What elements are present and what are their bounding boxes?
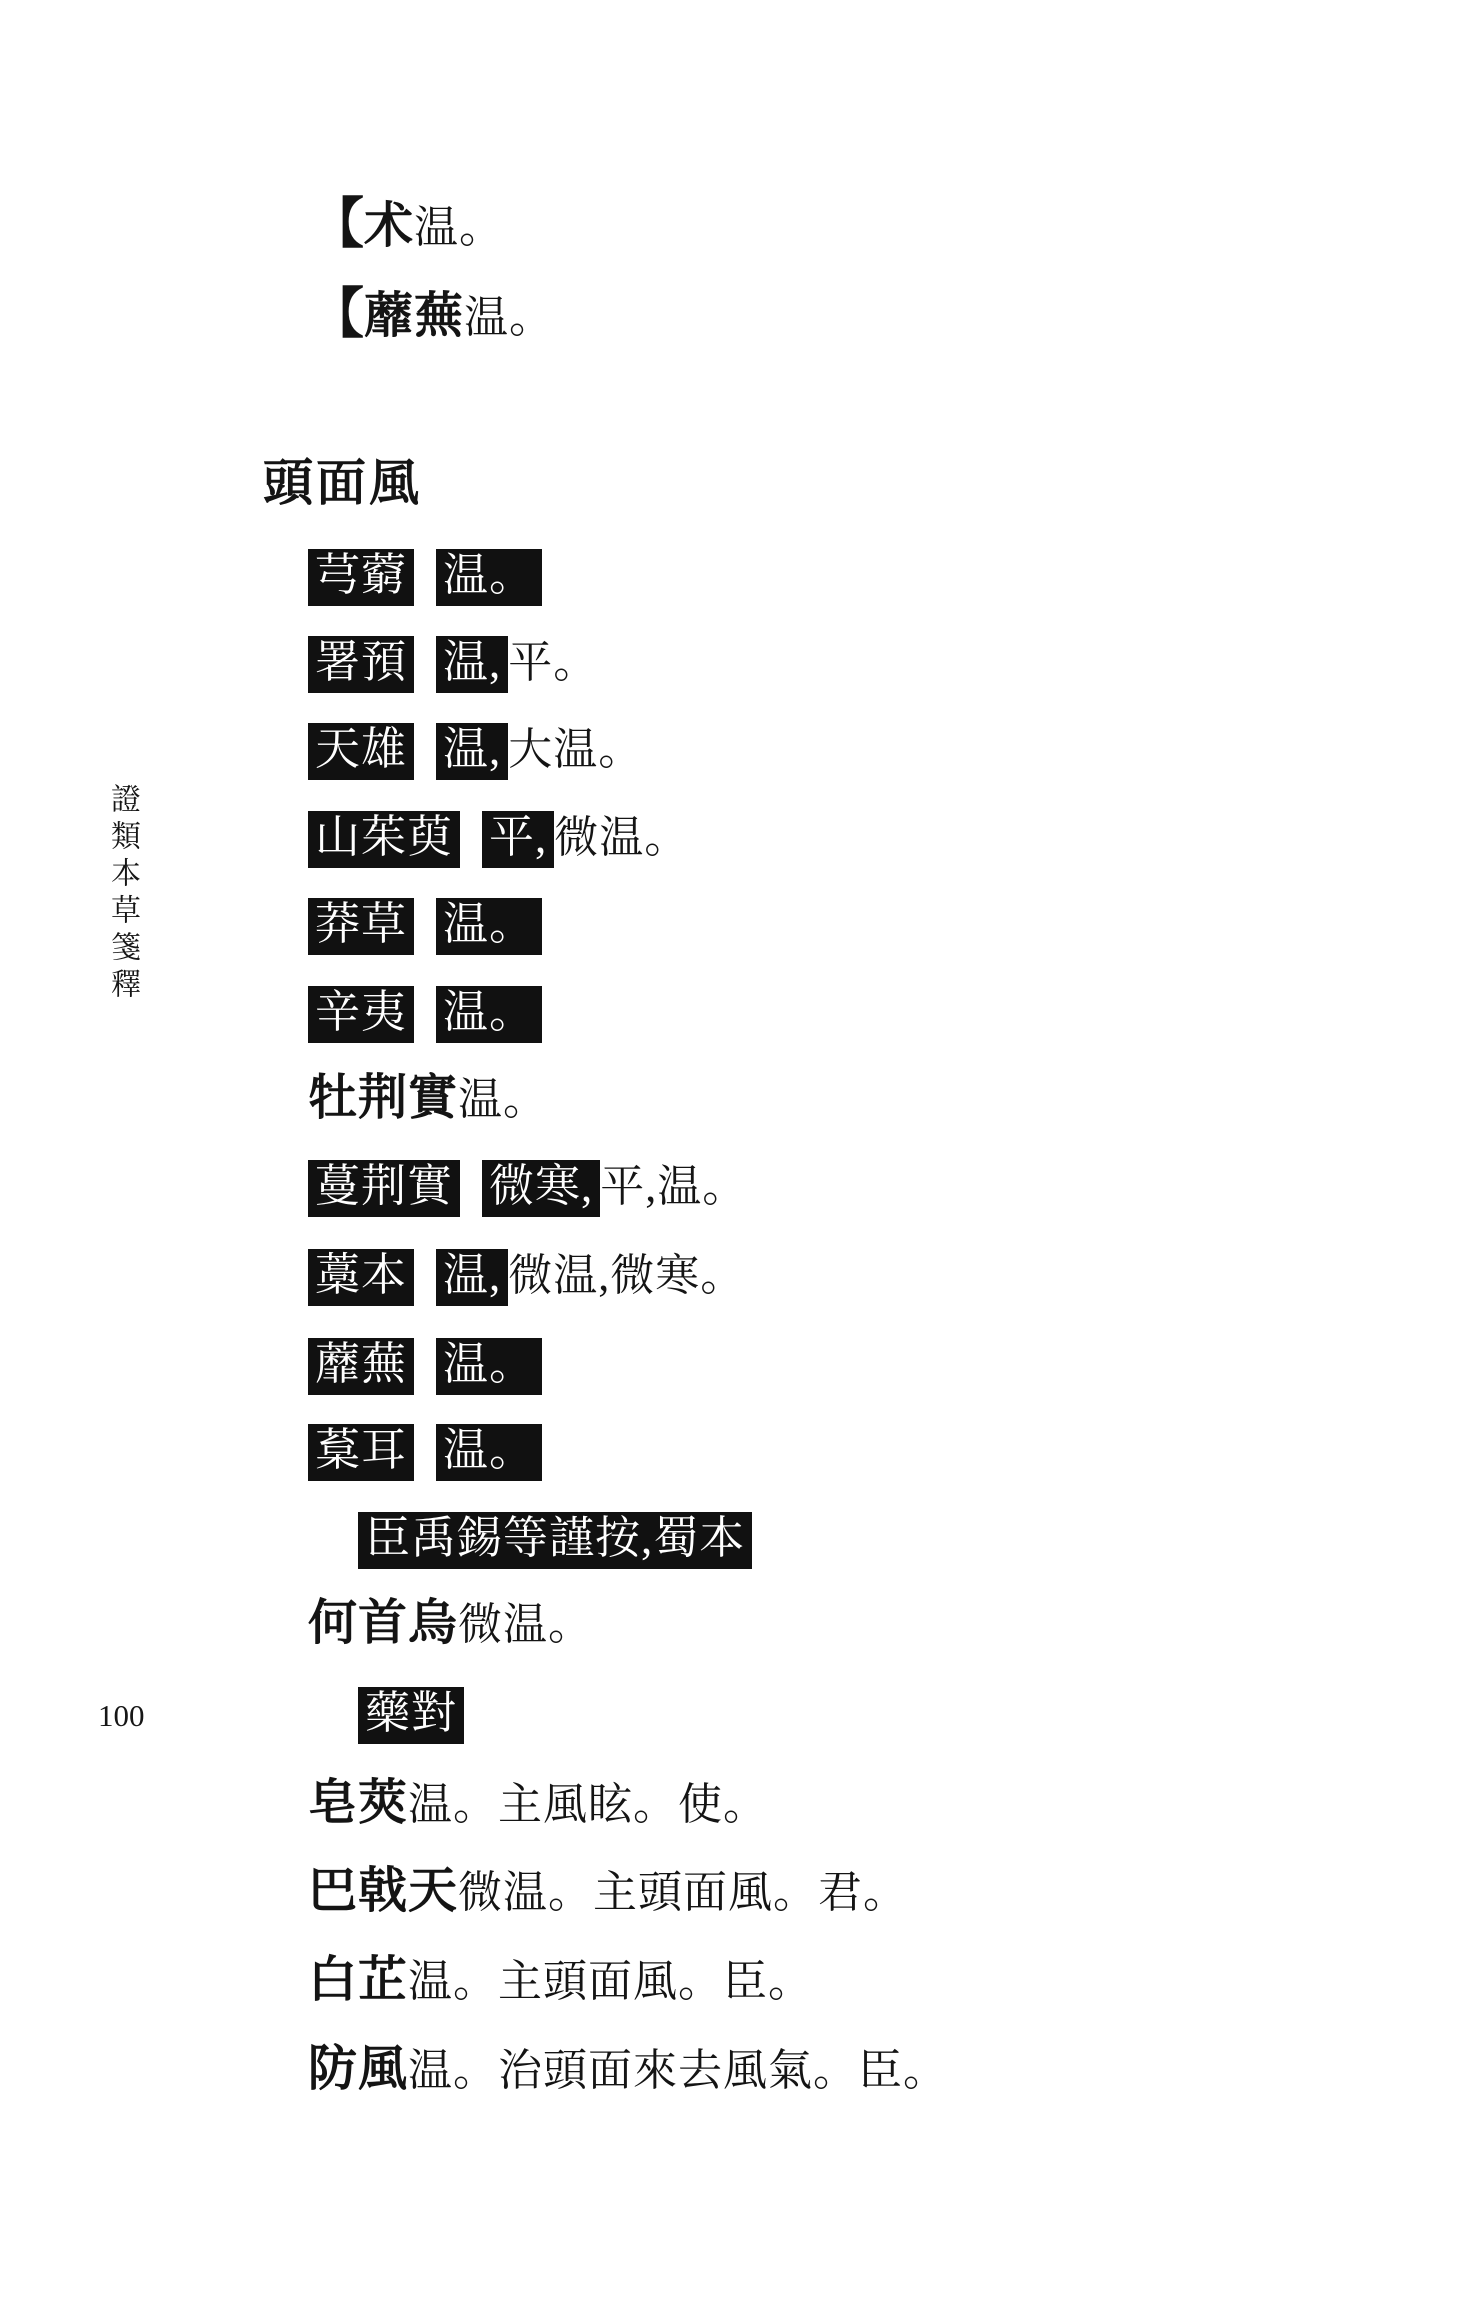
entry-heshouwu: 何首烏微温。 [308, 1598, 593, 1647]
intro-line-zhu: 【术温。 [310, 197, 504, 251]
herb-name-box: 天雄 [308, 723, 414, 780]
entry-bajitian: 巴戟天微温。主頭面風。君。 [308, 1866, 908, 1915]
herb-note: 微温。 [458, 1600, 593, 1649]
herb-property-box: 微寒, [482, 1160, 600, 1217]
herb-property-box: 温。 [436, 549, 542, 606]
opening-bracket: 【 [310, 194, 364, 254]
entry-xiongqiong: 芎藭温。 [308, 549, 542, 606]
herb-name-box: 藁本 [308, 1249, 414, 1306]
entry-tianxiong: 天雄温,大温。 [308, 723, 643, 780]
herb-name: 防風 [308, 2041, 408, 2096]
herb-name: 巴戟天 [308, 1863, 458, 1918]
entry-baizhi: 白芷温。主頭面風。臣。 [308, 1955, 813, 2004]
herb-note: 温。主風眩。使。 [408, 1780, 768, 1829]
herb-property-box: 温。 [436, 1424, 542, 1481]
entry-xier: 葈耳温。 [308, 1424, 542, 1481]
entry-xinyi: 辛夷温。 [308, 986, 542, 1043]
intro-line-miwu: 【蘼蕪温。 [310, 287, 554, 341]
herb-property-box: 温, [436, 1249, 508, 1306]
herb-note: 平,温。 [600, 1162, 747, 1211]
herb-property-box: 温。 [436, 898, 542, 955]
herb-name-box: 蔓荆實 [308, 1160, 460, 1217]
source-label-yaodui: 藥對 [358, 1687, 464, 1744]
herb-note: 温。主頭面風。臣。 [408, 1957, 813, 2006]
entry-manjingshi: 蔓荆實微寒,平,温。 [308, 1160, 747, 1217]
page-number: 100 [98, 1698, 145, 1734]
herb-property-box: 温, [436, 723, 508, 780]
herb-name-box: 蘼蕪 [308, 1338, 414, 1395]
herb-name: 蘼蕪 [364, 288, 464, 343]
opening-bracket: 【 [310, 284, 364, 344]
herb-note: 温。治頭面來去風氣。臣。 [408, 2046, 948, 2095]
herb-property-box: 温。 [436, 986, 542, 1043]
herb-name-box: 辛夷 [308, 986, 414, 1043]
herb-name: 皂莢 [308, 1775, 408, 1830]
herb-name: 何首烏 [308, 1595, 458, 1650]
entry-shuyu: 署預温,平。 [308, 636, 598, 693]
herb-note: 温。 [458, 1075, 548, 1124]
margin-book-title: 證類本草箋釋 [100, 783, 144, 1005]
entry-mangcao: 莽草温。 [308, 898, 542, 955]
herb-name-box: 芎藭 [308, 549, 414, 606]
section-heading: 頭面風 [263, 458, 422, 508]
herb-property-box: 温。 [436, 1338, 542, 1395]
editor-note-box: 臣禹錫等謹按,蜀本 [358, 1512, 752, 1569]
entry-gaoben: 藁本温,微温,微寒。 [308, 1249, 745, 1306]
scanned-book-page: 證類本草箋釋 100 【术温。 【蘼蕪温。 頭面風 芎藭温。 署預温,平。 天雄… [0, 0, 1458, 2314]
entry-mujingshi: 牡荆實温。 [308, 1073, 548, 1122]
entry-shanzhuyu: 山茱萸平,微温。 [308, 811, 689, 868]
herb-property-box: 温, [436, 636, 508, 693]
entry-zaojia: 皂莢温。主風眩。使。 [308, 1778, 768, 1827]
herb-name: 术 [364, 198, 414, 253]
source-label-box: 藥對 [358, 1687, 464, 1744]
herb-name-box: 署預 [308, 636, 414, 693]
herb-name-box: 山茱萸 [308, 811, 460, 868]
herb-name: 白芷 [308, 1952, 408, 2007]
herb-name-box: 葈耳 [308, 1424, 414, 1481]
entry-miwu: 蘼蕪温。 [308, 1338, 542, 1395]
herb-name: 牡荆實 [308, 1070, 458, 1125]
entry-fangfeng: 防風温。治頭面來去風氣。臣。 [308, 2044, 948, 2093]
herb-note: 大温。 [508, 725, 643, 774]
herb-note: 平。 [508, 638, 598, 687]
editor-note-bar: 臣禹錫等謹按,蜀本 [358, 1512, 752, 1569]
herb-note: 温。 [414, 203, 504, 252]
herb-note: 微温。主頭面風。君。 [458, 1868, 908, 1917]
herb-note: 微温。 [554, 813, 689, 862]
herb-property-box: 平, [482, 811, 554, 868]
herb-note: 温。 [464, 293, 554, 342]
herb-name-box: 莽草 [308, 898, 414, 955]
herb-note: 微温,微寒。 [508, 1251, 745, 1300]
